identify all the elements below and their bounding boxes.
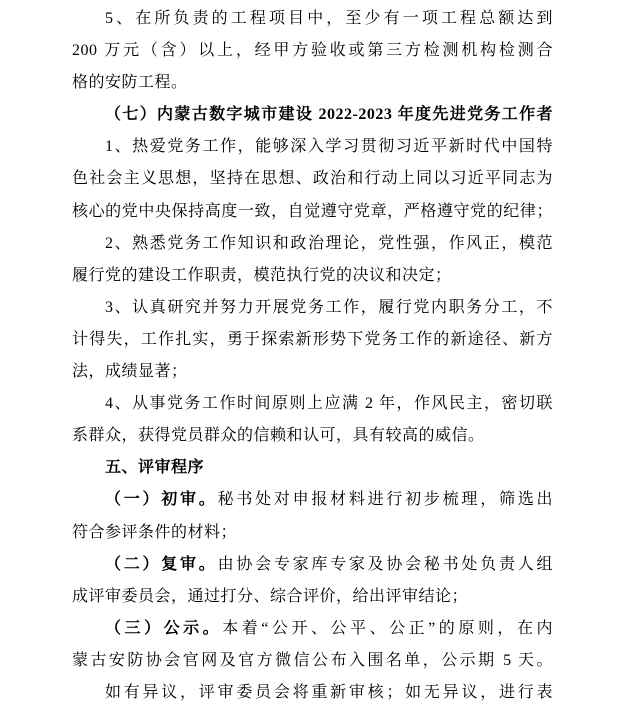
text-run: 由协会专家库专家及协会秘书处负责人组 — [218, 556, 553, 573]
text-run: 200 万元（含）以上，经甲方验收或第三方检测机构检测合 — [72, 42, 553, 59]
text-line: 法，成绩显著； — [72, 356, 553, 388]
text-line: 符合参评条件的材料； — [72, 517, 553, 549]
text-run: 符合参评条件的材料； — [72, 524, 237, 541]
bold-text-run: （三）公示。 — [105, 620, 222, 637]
text-run: 3、认真研究并努力开展党务工作，履行党内职务分工，不 — [105, 299, 553, 316]
bold-text-run: （一）初审。 — [105, 491, 218, 508]
text-run: 计得失，工作扎实，勇于探索新形势下党务工作的新途径、新方 — [72, 331, 553, 348]
text-run: 秘书处对申报材料进行初步梳理，筛选出 — [218, 491, 553, 508]
bold-text-run: （七）内蒙古数字城市建设 2022-2023 年度先进党务工作者 — [105, 106, 553, 123]
document-page: 5、在所负责的工程项目中，至少有一项工程总额达到200 万元（含）以上，经甲方验… — [0, 0, 617, 706]
text-line: （七）内蒙古数字城市建设 2022-2023 年度先进党务工作者 — [72, 99, 553, 131]
text-run: 格的安防工程。 — [72, 74, 188, 91]
bold-text-run: （二）复审。 — [105, 556, 218, 573]
text-line: 2、熟悉党务工作知识和政治理论，党性强，作风正，模范 — [72, 228, 553, 260]
text-run: 系群众，获得党员群众的信赖和认可，具有较高的威信。 — [72, 427, 485, 444]
text-line: 五、评审程序 — [72, 452, 553, 484]
text-line: 色社会主义思想，坚持在思想、政治和行动上同以习近平同志为 — [72, 163, 553, 195]
text-line: （一）初审。秘书处对申报材料进行初步梳理，筛选出 — [72, 484, 553, 516]
text-line: （三）公示。本着“公开、公平、公正”的原则，在内 — [72, 613, 553, 645]
text-run: 法，成绩显著； — [72, 363, 188, 380]
text-line: 成评审委员会，通过打分、综合评价，给出评审结论； — [72, 581, 553, 613]
text-line: 核心的党中央保持高度一致，自觉遵守党章，严格遵守党的纪律； — [72, 196, 553, 228]
text-run: 4、从事党务工作时间原则上应满 2 年，作风民主，密切联 — [105, 395, 553, 412]
text-run: 5、在所负责的工程项目中，至少有一项工程总额达到 — [105, 10, 553, 27]
text-line: 3、认真研究并努力开展党务工作，履行党内职务分工，不 — [72, 292, 553, 324]
text-line: 格的安防工程。 — [72, 67, 553, 99]
text-line: 蒙古安防协会官网及官方微信公布入围名单，公示期 5 天。 — [72, 645, 553, 677]
text-run: 蒙古安防协会官网及官方微信公布入围名单，公示期 5 天。 — [72, 652, 553, 669]
text-line: 履行党的建设工作职责，模范执行党的决议和决定； — [72, 260, 553, 292]
text-line: 系群众，获得党员群众的信赖和认可，具有较高的威信。 — [72, 420, 553, 452]
text-line: （二）复审。由协会专家库专家及协会秘书处负责人组 — [72, 549, 553, 581]
text-run: 本着“公开、公平、公正”的原则，在内 — [222, 620, 553, 637]
text-run: 色社会主义思想，坚持在思想、政治和行动上同以习近平同志为 — [72, 170, 553, 187]
text-run: 履行党的建设工作职责，模范执行党的决议和决定； — [72, 267, 452, 284]
text-run: 如有异议，评审委员会将重新审核；如无异议，进行表 — [105, 684, 553, 701]
text-run: 2、熟悉党务工作知识和政治理论，党性强，作风正，模范 — [105, 235, 553, 252]
text-line: 如有异议，评审委员会将重新审核；如无异议，进行表 — [72, 677, 553, 706]
text-line: 200 万元（含）以上，经甲方验收或第三方检测机构检测合 — [72, 35, 553, 67]
document-body: 5、在所负责的工程项目中，至少有一项工程总额达到200 万元（含）以上，经甲方验… — [72, 3, 553, 706]
text-line: 5、在所负责的工程项目中，至少有一项工程总额达到 — [72, 3, 553, 35]
text-run: 核心的党中央保持高度一致，自觉遵守党章，严格遵守党的纪律； — [72, 203, 553, 220]
bold-text-run: 五、评审程序 — [105, 459, 204, 476]
text-line: 4、从事党务工作时间原则上应满 2 年，作风民主，密切联 — [72, 388, 553, 420]
text-run: 成评审委员会，通过打分、综合评价，给出评审结论； — [72, 588, 468, 605]
text-run: 1、热爱党务工作，能够深入学习贯彻习近平新时代中国特 — [105, 138, 553, 155]
text-line: 1、热爱党务工作，能够深入学习贯彻习近平新时代中国特 — [72, 131, 553, 163]
text-line: 计得失，工作扎实，勇于探索新形势下党务工作的新途径、新方 — [72, 324, 553, 356]
